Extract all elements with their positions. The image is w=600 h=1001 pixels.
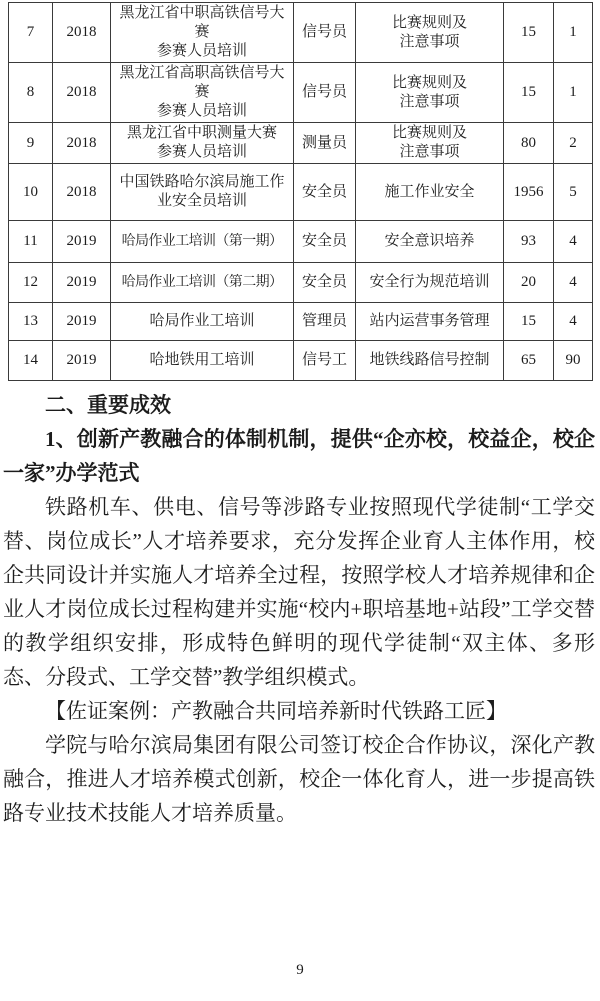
cell-serial-number: 8 [9, 63, 53, 123]
paragraph-2: 学院与哈尔滨局集团有限公司签订校企合作协议，深化产教融合，推进人才培养模式创新，… [3, 728, 595, 830]
training-table: 7 2018 黑龙江省中职高铁信号大赛 参赛人员培训 信号员 比赛规则及 注意事… [8, 2, 593, 381]
cell-trainee-count: 80 [504, 123, 554, 164]
cell-training-content: 安全行为规范培训 [356, 263, 504, 303]
cell-session-count: 1 [554, 63, 593, 123]
cell-training-content: 比赛规则及 注意事项 [356, 63, 504, 123]
table-row: 8 2018 黑龙江省高职高铁信号大赛 参赛人员培训 信号员 比赛规则及 注意事… [9, 63, 593, 123]
cell-trainee-post: 安全员 [294, 164, 356, 221]
table-row: 11 2019 哈局作业工培训（第一期） 安全员 安全意识培养 93 4 [9, 221, 593, 263]
cell-session-count: 4 [554, 303, 593, 341]
document-page: 7 2018 黑龙江省中职高铁信号大赛 参赛人员培训 信号员 比赛规则及 注意事… [0, 0, 600, 1001]
body-text: 二、重要成效 1、创新产教融合的体制机制，提供“企亦校，校益企，校企一家”办学范… [0, 388, 600, 830]
table-row: 14 2019 哈地铁用工培训 信号工 地铁线路信号控制 65 90 [9, 341, 593, 381]
cell-trainee-count: 1956 [504, 164, 554, 221]
cell-trainee-post: 管理员 [294, 303, 356, 341]
cell-serial-number: 11 [9, 221, 53, 263]
table-row: 7 2018 黑龙江省中职高铁信号大赛 参赛人员培训 信号员 比赛规则及 注意事… [9, 3, 593, 63]
cell-trainee-count: 15 [504, 303, 554, 341]
page-number: 9 [0, 962, 600, 979]
cell-trainee-count: 65 [504, 341, 554, 381]
cell-session-count: 2 [554, 123, 593, 164]
table-row: 13 2019 哈局作业工培训 管理员 站内运营事务管理 15 4 [9, 303, 593, 341]
cell-training-name: 哈局作业工培训（第二期） [111, 263, 294, 303]
cell-training-name: 哈局作业工培训（第一期） [111, 221, 294, 263]
cell-training-content: 施工作业安全 [356, 164, 504, 221]
cell-session-count: 4 [554, 263, 593, 303]
cell-training-content: 比赛规则及 注意事项 [356, 3, 504, 63]
cell-serial-number: 14 [9, 341, 53, 381]
cell-serial-number: 13 [9, 303, 53, 341]
cell-trainee-post: 信号员 [294, 63, 356, 123]
cell-year: 2018 [53, 123, 111, 164]
cell-training-content: 站内运营事务管理 [356, 303, 504, 341]
table-row: 9 2018 黑龙江省中职测量大赛 参赛人员培训 测量员 比赛规则及 注意事项 … [9, 123, 593, 164]
cell-trainee-count: 93 [504, 221, 554, 263]
section-heading: 二、重要成效 [3, 388, 595, 422]
table-row: 12 2019 哈局作业工培训（第二期） 安全员 安全行为规范培训 20 4 [9, 263, 593, 303]
cell-serial-number: 9 [9, 123, 53, 164]
cell-trainee-post: 信号员 [294, 3, 356, 63]
table-row: 10 2018 中国铁路哈尔滨局施工作业安全员培训 安全员 施工作业安全 195… [9, 164, 593, 221]
cell-training-content: 地铁线路信号控制 [356, 341, 504, 381]
cell-year: 2019 [53, 263, 111, 303]
cell-trainee-post: 信号工 [294, 341, 356, 381]
cell-trainee-post: 测量员 [294, 123, 356, 164]
cell-year: 2018 [53, 3, 111, 63]
cell-training-name: 黑龙江省中职测量大赛 参赛人员培训 [111, 123, 294, 164]
cell-training-name: 哈地铁用工培训 [111, 341, 294, 381]
cell-serial-number: 10 [9, 164, 53, 221]
cell-trainee-post: 安全员 [294, 221, 356, 263]
cell-session-count: 4 [554, 221, 593, 263]
cell-serial-number: 12 [9, 263, 53, 303]
cell-trainee-count: 15 [504, 3, 554, 63]
cell-training-name: 黑龙江省高职高铁信号大赛 参赛人员培训 [111, 63, 294, 123]
cell-training-name: 黑龙江省中职高铁信号大赛 参赛人员培训 [111, 3, 294, 63]
paragraph-1: 铁路机车、供电、信号等涉路专业按照现代学徒制“工学交替、岗位成长”人才培养要求，… [3, 490, 595, 694]
cell-year: 2019 [53, 221, 111, 263]
case-label: 【佐证案例：产教融合共同培养新时代铁路工匠】 [3, 694, 595, 728]
cell-year: 2018 [53, 164, 111, 221]
cell-training-name: 哈局作业工培训 [111, 303, 294, 341]
cell-training-content: 比赛规则及 注意事项 [356, 123, 504, 164]
cell-trainee-count: 20 [504, 263, 554, 303]
cell-session-count: 5 [554, 164, 593, 221]
cell-training-name: 中国铁路哈尔滨局施工作业安全员培训 [111, 164, 294, 221]
cell-training-content: 安全意识培养 [356, 221, 504, 263]
cell-year: 2019 [53, 341, 111, 381]
cell-session-count: 1 [554, 3, 593, 63]
cell-year: 2018 [53, 63, 111, 123]
cell-year: 2019 [53, 303, 111, 341]
cell-serial-number: 7 [9, 3, 53, 63]
training-table-body: 7 2018 黑龙江省中职高铁信号大赛 参赛人员培训 信号员 比赛规则及 注意事… [9, 3, 593, 381]
sub-heading: 1、创新产教融合的体制机制，提供“企亦校，校益企，校企一家”办学范式 [3, 422, 595, 490]
cell-trainee-count: 15 [504, 63, 554, 123]
cell-trainee-post: 安全员 [294, 263, 356, 303]
cell-session-count: 90 [554, 341, 593, 381]
